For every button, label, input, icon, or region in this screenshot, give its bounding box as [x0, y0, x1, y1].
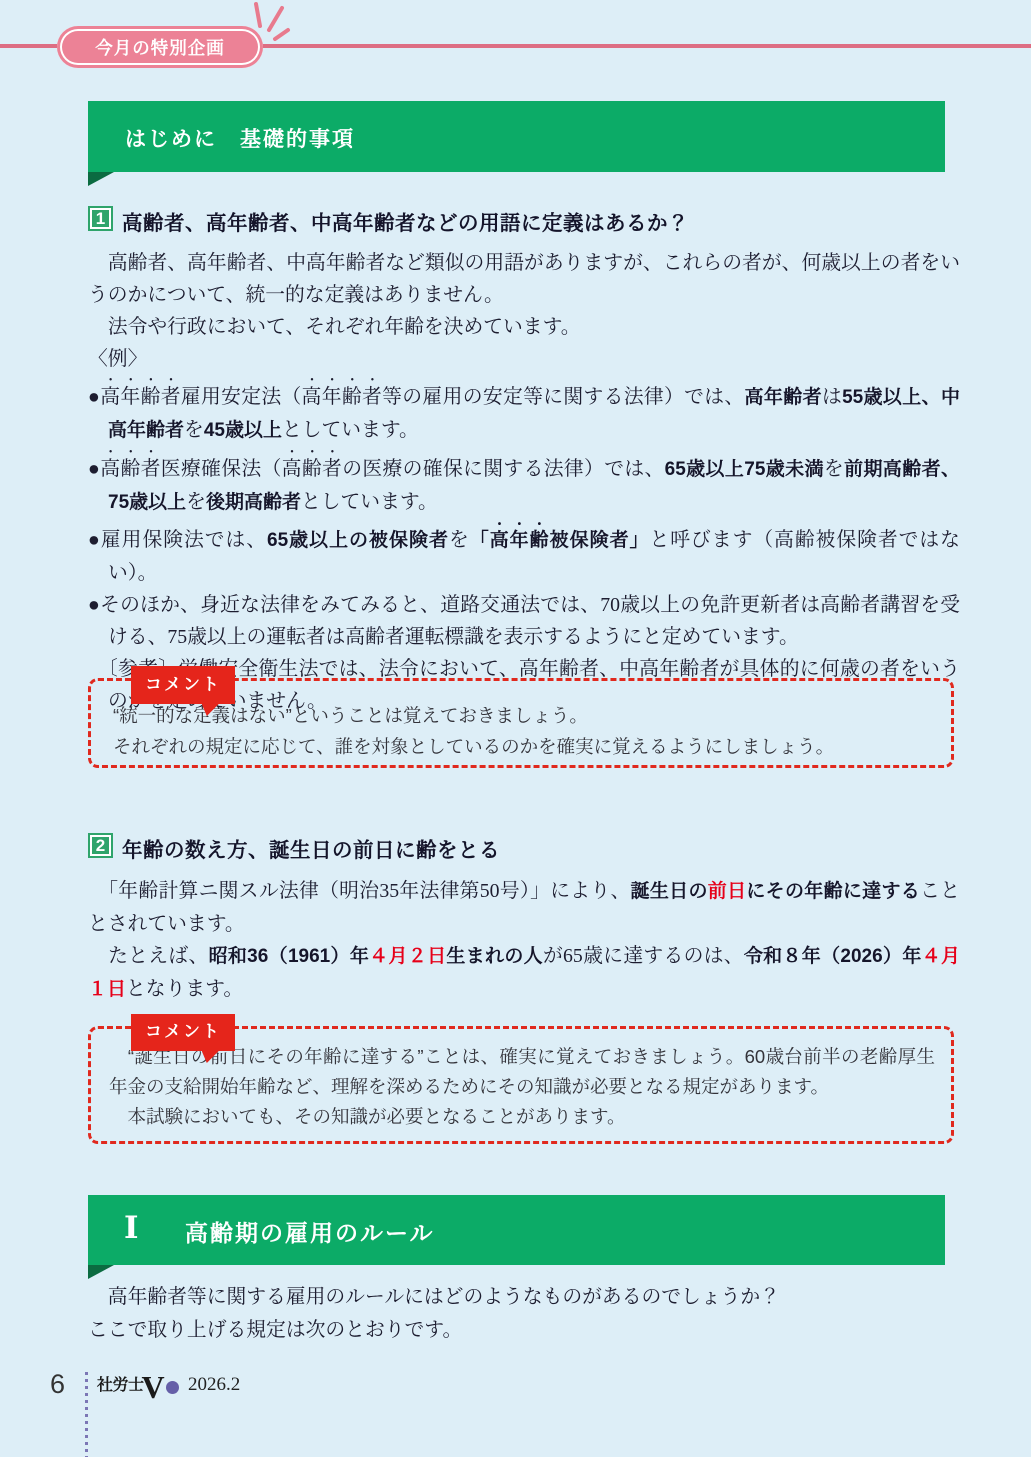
- feature-badge: 今月の特別企画: [57, 26, 263, 68]
- bullet-item: ●高齢者医療確保法（高齢者の医療の確保に関する法律）では、65歳以上75歳未満を…: [88, 447, 960, 519]
- paragraph: 高年齢者等に関する雇用のルールにはどのようなものがあるのでしょうか？: [88, 1281, 960, 1314]
- issue-number: 2026.2: [188, 1374, 240, 1396]
- bullet-item: ●高年齢者雇用安定法（高年齢者等の雇用の安定等に関する法律）では、高年齢者は55…: [88, 375, 960, 447]
- section-1-numeral: Ⅰ: [124, 1210, 139, 1246]
- comment-label: コメント: [131, 1014, 235, 1051]
- paragraph: ここで取り上げる規定は次のとおりです。: [88, 1314, 960, 1347]
- spark-icon: [242, 0, 294, 44]
- section-1-banner: Ⅰ 高齢期の雇用のルール: [88, 1195, 945, 1265]
- question-2-number-badge: 2: [88, 833, 113, 858]
- closing-text: 高年齢者等に関する雇用のルールにはどのようなものがあるのでしょうか？ ここで取り…: [88, 1281, 960, 1347]
- banner-fold: [88, 1265, 114, 1279]
- comment-paragraph: 本試験においても、その知識が必要となることがあります。: [109, 1102, 935, 1132]
- comment-label-text: コメント: [145, 1022, 221, 1041]
- magazine-logo: 社労士V: [97, 1369, 165, 1406]
- footer-dotted-divider: [85, 1372, 88, 1457]
- comment-box-2: コメント “誕生日の前日にその年齢に達する”ことは、確実に覚えておきましょう。6…: [88, 1026, 954, 1144]
- comment-label-text: コメント: [145, 675, 221, 694]
- paragraph: 「年齢計算ニ関スル法律（明治35年法律第50号）」により、誕生日の前日にその年齢…: [88, 875, 960, 940]
- paragraph: たとえば、昭和36（1961）年４月２日生まれの人が65歳に達するのは、令和８年…: [88, 940, 960, 1006]
- magazine-page: 今月の特別企画 はじめに 基礎的事項 1 高齢者、高年齢者、中高年齢者などの用語…: [0, 0, 1031, 1457]
- magazine-logo-v: V: [142, 1369, 165, 1405]
- bullet-item: ●雇用保険法では、65歳以上の被保険者を「高年齢被保険者」と呼びます（高齢被保険…: [88, 519, 960, 589]
- question-2-title: 年齢の数え方、誕生日の前日に齢をとる: [122, 833, 500, 863]
- comment-label: コメント: [131, 666, 235, 704]
- paragraph: 法令や行政において、それぞれ年齢を決めています。: [88, 311, 960, 343]
- section-1-title: 高齢期の雇用のルール: [185, 1215, 435, 1248]
- intro-banner: はじめに 基礎的事項: [88, 101, 945, 172]
- comment-paragraph: “誕生日の前日にその年齢に達する”ことは、確実に覚えておきましょう。60歳台前半…: [109, 1042, 935, 1102]
- comment-line: それぞれの規定に応じて、誰を対象としているのかを確実に覚えるようにしましょう。: [113, 731, 933, 762]
- question-2-body: 「年齢計算ニ関スル法律（明治35年法律第50号）」により、誕生日の前日にその年齢…: [88, 875, 960, 1006]
- paragraph: 高齢者、高年齢者、中高年齢者など類似の用語がありますが、これらの者が、何歳以上の…: [88, 247, 960, 311]
- question-1-number-badge: 1: [88, 206, 113, 231]
- magazine-logo-name: 社労士: [97, 1377, 144, 1394]
- issue-dot-icon: [166, 1381, 179, 1394]
- page-number: 6: [50, 1369, 65, 1400]
- question-1-title: 高齢者、高年齢者、中高年齢者などの用語に定義はあるか？: [122, 206, 689, 236]
- comment-box-1: コメント “統一的な定義はない”ということは覚えておきましょう。 それぞれの規定…: [88, 678, 954, 768]
- question-1-body: 高齢者、高年齢者、中高年齢者など類似の用語がありますが、これらの者が、何歳以上の…: [88, 247, 960, 717]
- intro-banner-title: はじめに 基礎的事項: [125, 123, 355, 153]
- bullet-item: ●そのほか、身近な法律をみてみると、道路交通法では、70歳以上の免許更新者は高齢…: [88, 589, 960, 653]
- feature-badge-label: 今月の特別企画: [95, 35, 225, 60]
- banner-fold: [88, 172, 114, 186]
- comment-line: “統一的な定義はない”ということは覚えておきましょう。: [113, 700, 933, 731]
- paragraph: 〈例〉: [88, 343, 960, 375]
